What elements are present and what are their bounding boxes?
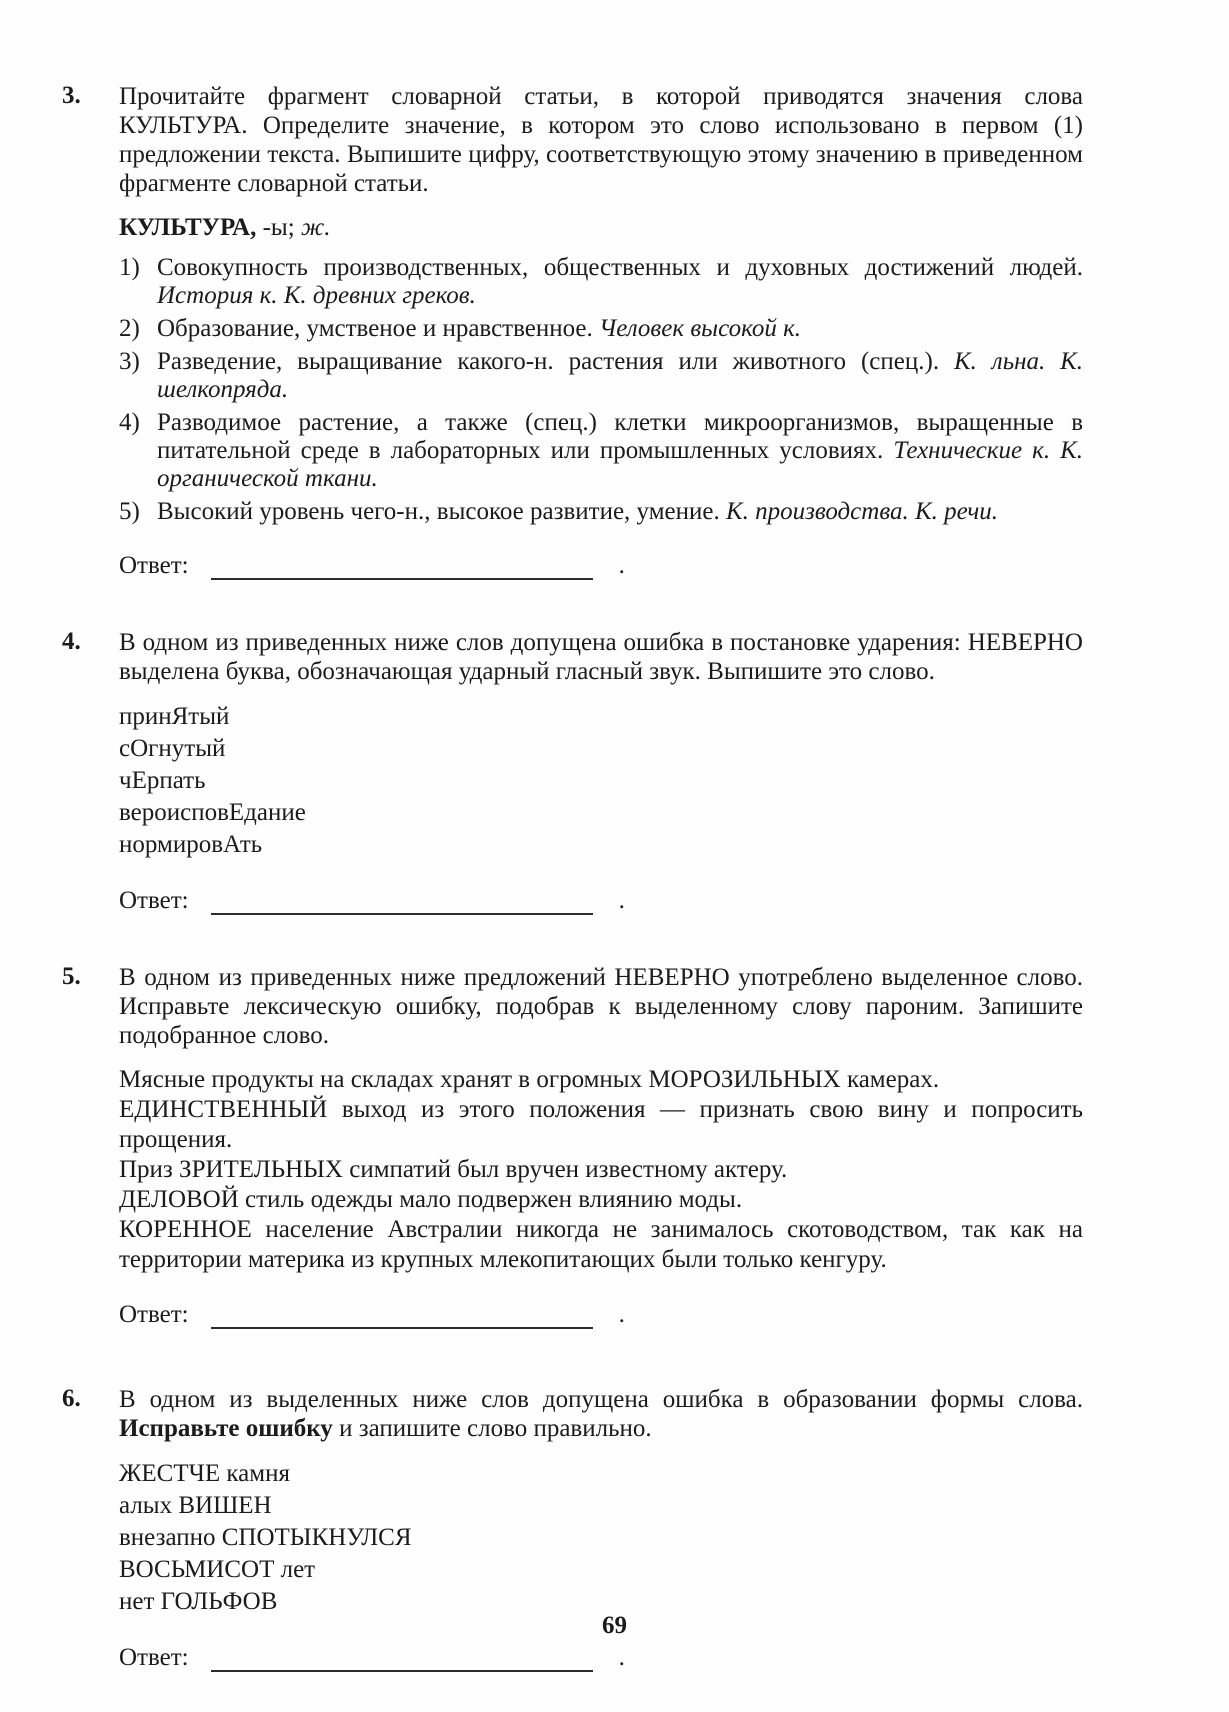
answer-blank [211, 888, 593, 915]
question-3: 3. Прочитайте фрагмент словарной статьи,… [62, 82, 1083, 580]
dictionary-headword: КУЛЬТУРА, [119, 214, 256, 241]
answer-label: Ответ: [119, 1644, 189, 1672]
answer-period: . [619, 1644, 625, 1672]
answer-blank [211, 553, 593, 580]
page-number: 69 [0, 1612, 1229, 1640]
word-item: сОгнутый [119, 733, 1083, 765]
word-item: чЕрпать [119, 765, 1083, 797]
answer-row: Ответ: . [119, 552, 1083, 580]
sense-item: 5) Высокий уровень чего-н., высокое разв… [119, 498, 1083, 526]
question-4: 4. В одном из приведенных ниже слов допу… [62, 628, 1083, 915]
word-item: вероисповЕдание [119, 797, 1083, 829]
answer-period: . [619, 1301, 625, 1329]
sense-text: Совокупность производственных, обществен… [157, 254, 1083, 310]
answer-row: Ответ: . [119, 1644, 1083, 1672]
sense-text: Образование, умственое и нравственное. Ч… [157, 315, 1083, 343]
question-body: В одном из приведенных ниже предложений … [119, 963, 1083, 1329]
word-item: нормировАть [119, 829, 1083, 861]
sentence-item: КОРЕННОЕ население Австралии никогда не … [119, 1215, 1083, 1275]
prompt-bold-text: Исправьте ошибку [119, 1415, 333, 1442]
sense-example: К. производства. К. речи. [726, 498, 998, 525]
question-prompt: В одном из выделенных ниже слов допущена… [119, 1385, 1083, 1443]
sense-number: 5) [119, 498, 157, 526]
sense-number: 2) [119, 315, 157, 343]
sentence-item: ДЕЛОВОЙ стиль одежды мало подвержен влия… [119, 1185, 1083, 1215]
sense-definition: Совокупность производственных, обществен… [157, 254, 1083, 281]
word-item: внезапно СПОТЫКНУЛСЯ [119, 1522, 1083, 1554]
answer-period: . [619, 552, 625, 580]
word-list: принЯтый сОгнутый чЕрпать вероисповЕдани… [119, 701, 1083, 861]
question-number: 3. [62, 82, 119, 580]
sense-number: 4) [119, 409, 157, 493]
answer-label: Ответ: [119, 552, 189, 580]
answer-period: . [619, 887, 625, 915]
dictionary-gender: ж. [301, 214, 331, 241]
exam-page: 3. Прочитайте фрагмент словарной статьи,… [0, 0, 1229, 1712]
sense-example: История к. К. древних греков. [157, 282, 476, 309]
question-number: 5. [62, 963, 119, 1329]
dictionary-senses: 1) Совокупность производственных, общест… [119, 254, 1083, 526]
sentence-item: ЕДИНСТВЕННЫЙ выход из этого положения — … [119, 1095, 1083, 1155]
question-number: 4. [62, 628, 119, 915]
sense-item: 1) Совокупность производственных, общест… [119, 254, 1083, 310]
sentence-list: Мясные продукты на складах хранят в огро… [119, 1065, 1083, 1275]
answer-row: Ответ: . [119, 887, 1083, 915]
sense-text: Разводимое растение, а также (спец.) кле… [157, 409, 1083, 493]
word-item: ЖЕСТЧЕ камня [119, 1458, 1083, 1490]
word-item: принЯтый [119, 701, 1083, 733]
dictionary-grammar: -ы; [263, 214, 295, 241]
sense-text: Высокий уровень чего-н., высокое развити… [157, 498, 1083, 526]
answer-label: Ответ: [119, 1301, 189, 1329]
word-item: алых ВИШЕН [119, 1490, 1083, 1522]
sense-text: Разведение, выращивание какого-н. растен… [157, 348, 1083, 404]
sense-item: 4) Разводимое растение, а также (спец.) … [119, 409, 1083, 493]
sense-definition: Разведение, выращивание какого-н. растен… [157, 348, 939, 375]
answer-blank [211, 1302, 593, 1329]
dictionary-headword-line: КУЛЬТУРА, -ы; ж. [119, 213, 1083, 242]
sense-number: 3) [119, 348, 157, 404]
question-prompt: Прочитайте фрагмент словарной статьи, в … [119, 82, 1083, 198]
answer-blank [211, 1645, 593, 1672]
question-body: Прочитайте фрагмент словарной статьи, в … [119, 82, 1083, 580]
sense-item: 2) Образование, умственое и нравственное… [119, 315, 1083, 343]
answer-label: Ответ: [119, 887, 189, 915]
sense-example: Человек высокой к. [599, 315, 801, 342]
sentence-item: Приз ЗРИТЕЛЬНЫХ симпатий был вручен изве… [119, 1155, 1083, 1185]
question-prompt: В одном из приведенных ниже предложений … [119, 963, 1083, 1050]
answer-row: Ответ: . [119, 1301, 1083, 1329]
prompt-text: и запишите слово правильно. [333, 1415, 652, 1442]
question-body: В одном из приведенных ниже слов допущен… [119, 628, 1083, 915]
question-5: 5. В одном из приведенных ниже предложен… [62, 963, 1083, 1329]
word-item: ВОСЬМИСОТ лет [119, 1554, 1083, 1586]
question-prompt: В одном из приведенных ниже слов допущен… [119, 628, 1083, 686]
sense-number: 1) [119, 254, 157, 310]
sense-definition: Образование, умственое и нравственное. [157, 315, 593, 342]
sense-item: 3) Разведение, выращивание какого-н. рас… [119, 348, 1083, 404]
word-list: ЖЕСТЧЕ камня алых ВИШЕН внезапно СПОТЫКН… [119, 1458, 1083, 1618]
sense-definition: Высокий уровень чего-н., высокое развити… [157, 498, 720, 525]
prompt-text: В одном из выделенных ниже слов допущена… [119, 1386, 1083, 1413]
sentence-item: Мясные продукты на складах хранят в огро… [119, 1065, 1083, 1095]
